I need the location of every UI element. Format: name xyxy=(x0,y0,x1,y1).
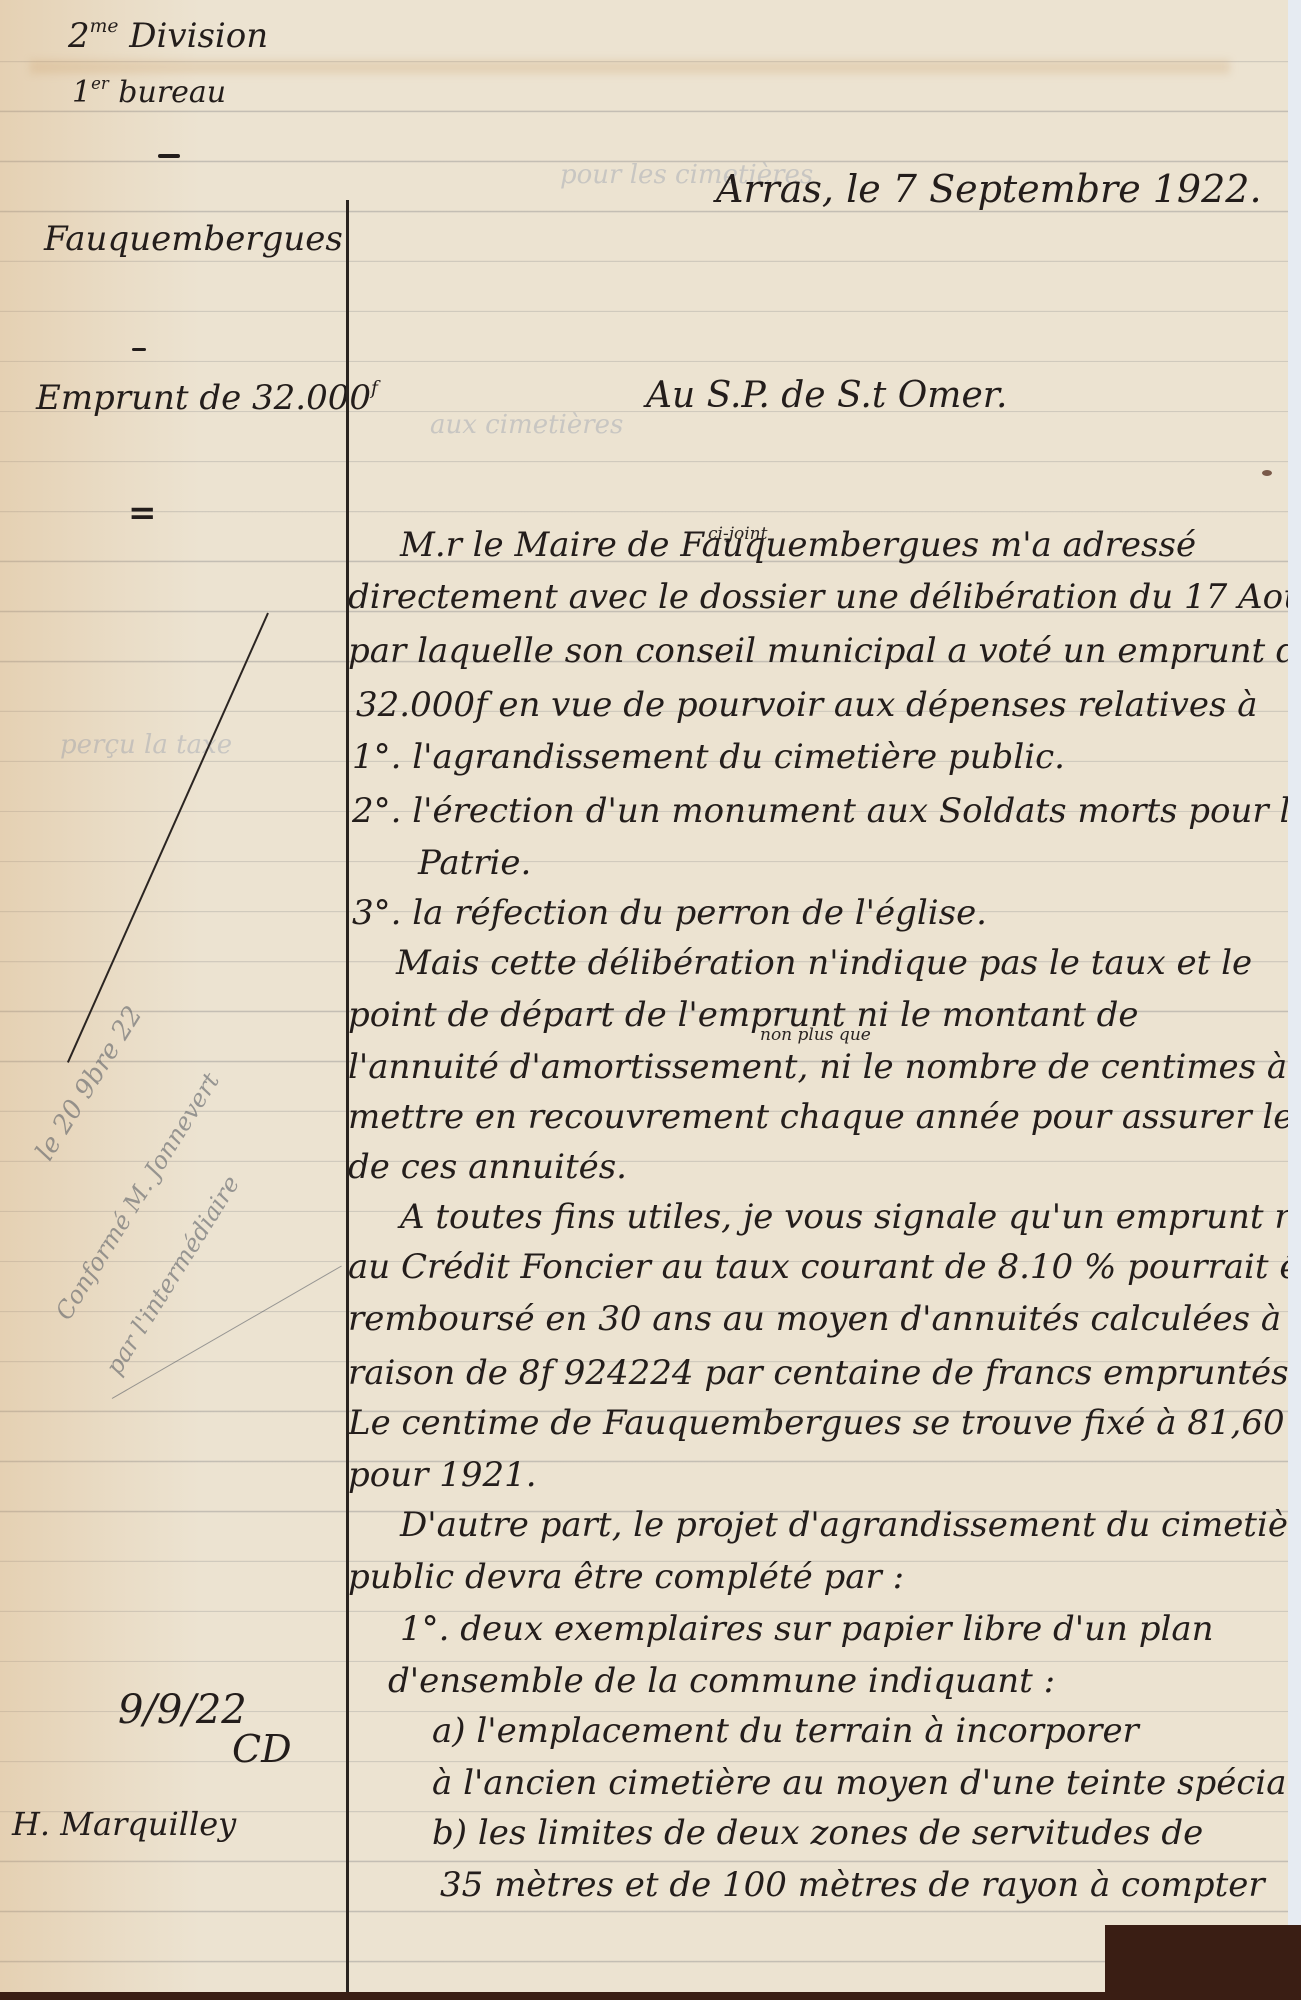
letter-line: 1°. deux exemplaires sur papier libre d'… xyxy=(400,1612,1214,1646)
division-label: Division xyxy=(129,16,268,56)
margin-date-mark: 9/9/22 xyxy=(118,1690,247,1730)
letter-line: point de départ de l'emprunt ni le monta… xyxy=(348,998,1139,1032)
letter-line: 35 mètres et de 100 mètres de rayon à co… xyxy=(440,1868,1265,1902)
bureau-suffix: er xyxy=(91,74,109,93)
letter-line: mettre en recouvrement chaque année pour… xyxy=(348,1100,1301,1134)
letter-line: de ces annuités. xyxy=(348,1150,627,1184)
recipient: Au S.P. de S.t Omer. xyxy=(646,378,1007,414)
bureau-heading: 1er bureau xyxy=(72,76,226,108)
division-number: 2 xyxy=(68,16,90,56)
ink-smudge xyxy=(1262,470,1272,476)
letter-line: public devra être complété par : xyxy=(348,1560,904,1594)
letter-line: 2°. l'érection d'un monument aux Soldats… xyxy=(352,794,1301,828)
bureau-number: 1 xyxy=(72,75,91,110)
letter-line: Mais cette délibération n'indique pas le… xyxy=(396,946,1252,980)
bureau-label: bureau xyxy=(118,75,226,110)
franc-sign: f xyxy=(371,378,378,399)
letter-line: par laquelle son conseil municipal a vot… xyxy=(348,634,1301,668)
background-corner xyxy=(1105,1925,1301,2000)
letter-line: 1°. l'agrandissement du cimetière public… xyxy=(352,740,1065,774)
margin-commune: Fauquembergues xyxy=(44,222,343,256)
header-dash xyxy=(158,154,180,158)
page-edge xyxy=(1288,0,1301,1990)
margin-subject: Emprunt de 32.000f xyxy=(36,380,378,415)
pencil-note-date: le 20 9bre 22 xyxy=(30,1001,149,1166)
bleed-through-text: perçu la taxe xyxy=(60,730,232,760)
place-date: Arras, le 7 Septembre 1922. xyxy=(716,170,1262,208)
letter-line: a) l'emplacement du terrain à incorporer xyxy=(432,1714,1139,1748)
letter-line: M.r le Maire de Fauquembergues m'a adres… xyxy=(400,528,1196,562)
bleed-through-text: aux cimetières xyxy=(430,410,623,440)
letter-line: pour 1921. xyxy=(348,1458,537,1492)
letter-line: raison de 8f 924224 par centaine de fran… xyxy=(348,1356,1299,1390)
background-bottom xyxy=(0,1992,1301,2000)
division-suffix: me xyxy=(90,16,119,37)
margin-initials: CD xyxy=(232,1730,292,1768)
letter-line: l'annuité d'amortissement, ni le nombre … xyxy=(348,1050,1287,1084)
letter-line: D'autre part, le projet d'agrandissement… xyxy=(400,1508,1301,1542)
letter-page: pour les cimetières aux cimetières perçu… xyxy=(0,0,1288,1995)
letter-line: remboursé en 30 ans au moyen d'annuités … xyxy=(348,1302,1281,1336)
margin-dash xyxy=(132,348,146,351)
division-heading: 2me Division xyxy=(68,18,268,53)
margin-separator: = xyxy=(128,496,157,530)
letter-line: 3°. la réfection du perron de l'église. xyxy=(352,896,987,930)
letter-line: directement avec le dossier une délibéra… xyxy=(348,580,1301,614)
signature: H. Marquilley xyxy=(12,1808,236,1840)
margin-rule-line xyxy=(346,200,349,2000)
loan-amount: Emprunt de 32.000 xyxy=(36,378,371,418)
letter-line: au Crédit Foncier au taux courant de 8.1… xyxy=(348,1250,1301,1284)
margin-diagonal-stroke xyxy=(67,613,269,1063)
letter-line: Le centime de Fauquembergues se trouve f… xyxy=(348,1406,1285,1440)
letter-line: d'ensemble de la commune indiquant : xyxy=(388,1664,1055,1698)
letter-line: b) les limites de deux zones de servitud… xyxy=(432,1816,1203,1850)
letter-line: 32.000f en vue de pourvoir aux dépenses … xyxy=(356,688,1257,722)
letter-line: Patrie. xyxy=(418,846,531,880)
paper-stain xyxy=(30,60,1230,74)
letter-line: A toutes fins utiles, je vous signale qu… xyxy=(400,1200,1301,1234)
letter-line: à l'ancien cimetière au moyen d'une tein… xyxy=(432,1766,1301,1800)
